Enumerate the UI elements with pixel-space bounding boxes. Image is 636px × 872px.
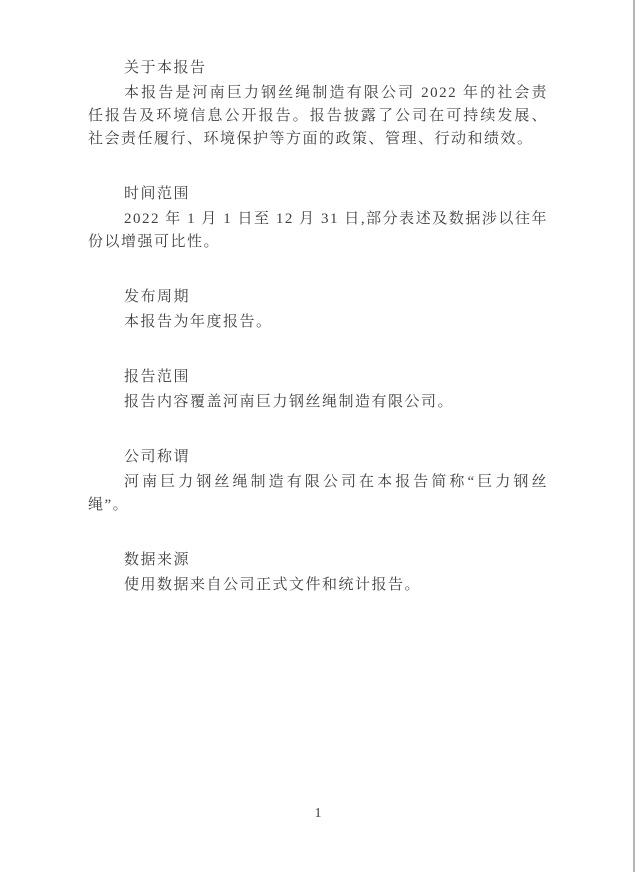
section-paragraph: 2022 年 1 月 1 日至 12 月 31 日,部分表述及数据涉以往年份以增… (88, 208, 548, 254)
section-company-designation: 公司称谓 河南巨力钢丝绳制造有限公司在本报告简称“巨力钢丝绳”。 (88, 446, 548, 517)
page-content: 关于本报告 本报告是河南巨力钢丝绳制造有限公司 2022 年的社会责任报告及环境… (88, 0, 548, 629)
section-heading: 发布周期 (88, 286, 548, 309)
document-page: 关于本报告 本报告是河南巨力钢丝绳制造有限公司 2022 年的社会责任报告及环境… (0, 0, 636, 872)
section-publication-cycle: 发布周期 本报告为年度报告。 (88, 286, 548, 334)
section-paragraph: 报告内容覆盖河南巨力钢丝绳制造有限公司。 (88, 391, 548, 414)
page-edge (633, 0, 635, 872)
section-heading: 报告范围 (88, 366, 548, 389)
section-time-range: 时间范围 2022 年 1 月 1 日至 12 月 31 日,部分表述及数据涉以… (88, 183, 548, 254)
section-paragraph: 本报告为年度报告。 (88, 311, 548, 334)
section-about-report: 关于本报告 本报告是河南巨力钢丝绳制造有限公司 2022 年的社会责任报告及环境… (88, 57, 548, 151)
section-paragraph: 河南巨力钢丝绳制造有限公司在本报告简称“巨力钢丝绳”。 (88, 471, 548, 517)
section-data-source: 数据来源 使用数据来自公司正式文件和统计报告。 (88, 549, 548, 597)
section-paragraph: 使用数据来自公司正式文件和统计报告。 (88, 574, 548, 597)
section-heading: 关于本报告 (88, 57, 548, 80)
section-heading: 公司称谓 (88, 446, 548, 469)
section-paragraph: 本报告是河南巨力钢丝绳制造有限公司 2022 年的社会责任报告及环境信息公开报告… (88, 82, 548, 151)
page-number: 1 (0, 804, 636, 824)
section-report-scope: 报告范围 报告内容覆盖河南巨力钢丝绳制造有限公司。 (88, 366, 548, 414)
section-heading: 时间范围 (88, 183, 548, 206)
section-heading: 数据来源 (88, 549, 548, 572)
